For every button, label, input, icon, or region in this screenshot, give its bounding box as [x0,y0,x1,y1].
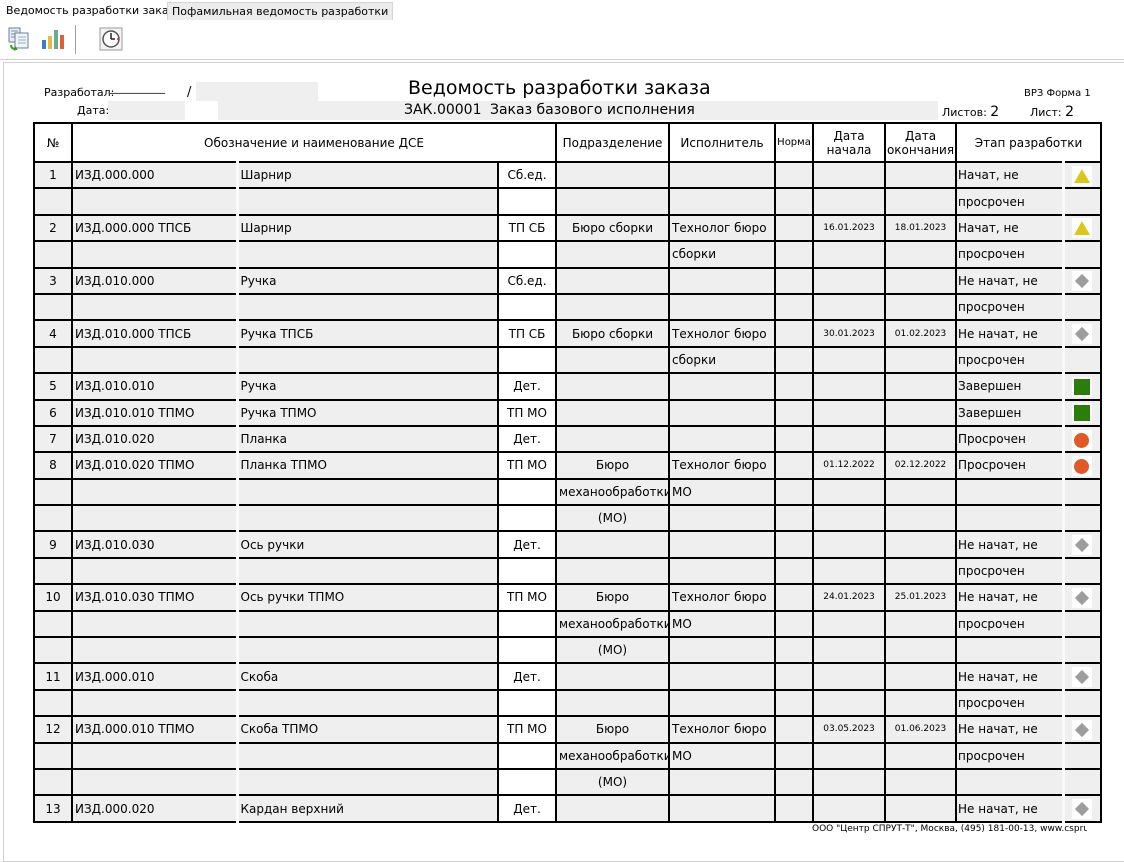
end-date-cell [885,637,956,663]
department-cell: Бюро [556,584,669,610]
department-cell [556,690,669,716]
executor-cell: Технолог бюро [669,452,775,478]
end-date-cell [885,268,956,294]
row-number [34,558,72,584]
not-started-diamond-icon [1072,667,1092,687]
completed-square-icon [1072,403,1092,423]
norm-cell [775,795,813,821]
slash-separator: / [187,85,191,100]
not-started-diamond-icon [1072,588,1092,608]
stage-icon-cell [1063,611,1101,637]
row-number: 7 [34,426,72,452]
not-started-diamond-icon [1072,720,1092,740]
end-date-cell [885,426,956,452]
table-row[interactable]: просрочен [34,294,1101,320]
type-cell [498,294,556,320]
name-cell [237,690,498,716]
not-started-diamond-icon [1072,535,1092,555]
stage-icon-cell [1063,452,1101,478]
designation-cell [72,743,237,769]
department-cell [556,188,669,214]
table-row[interactable]: 3ИЗД.010.000РучкаСб.ед.Не начат, не [34,268,1101,294]
in-progress-triangle-icon [1072,218,1092,238]
designation-cell: ИЗД.000.010 ТПМО [72,716,237,742]
end-date-cell: 02.12.2022 [885,452,956,478]
header-executor: Исполнитель [669,123,775,162]
stage-icon-cell [1063,663,1101,689]
end-date-cell [885,188,956,214]
stage-cell: просрочен [956,241,1063,267]
table-row[interactable]: механообработкиМОпросрочен [34,611,1101,637]
start-date-cell [813,426,885,452]
designation-cell [72,188,237,214]
table-row[interactable]: механообработкиМОпросрочен [34,743,1101,769]
executor-cell [669,268,775,294]
executor-cell: МО [669,479,775,505]
table-body: 1ИЗД.000.000ШарнирСб.ед.Начат, непросроч… [34,162,1101,822]
department-cell: (МО) [556,637,669,663]
header-num: № [34,123,72,162]
table-row[interactable]: (МО) [34,769,1101,795]
copy-report-icon [6,26,32,52]
stage-cell: Начат, не [956,162,1063,188]
table-row[interactable]: просрочен [34,690,1101,716]
developed-by-signature-line: __________ [110,81,165,94]
department-cell [556,268,669,294]
end-date-cell [885,241,956,267]
stage-icon-cell [1063,690,1101,716]
stage-cell [956,479,1063,505]
completed-square-icon [1072,377,1092,397]
toolbar-separator [75,25,76,54]
department-cell: механообработки [556,611,669,637]
designation-cell [72,505,237,531]
stage-icon-cell [1063,188,1101,214]
start-date-cell: 01.12.2022 [813,452,885,478]
stage-icon-cell [1063,426,1101,452]
row-number [34,637,72,663]
start-date-cell [813,479,885,505]
stage-cell [956,505,1063,531]
stage-cell: просрочен [956,294,1063,320]
stage-cell: Не начат, не [956,663,1063,689]
start-date-cell [813,188,885,214]
row-number: 10 [34,584,72,610]
type-cell: ТП МО [498,452,556,478]
table-row[interactable]: 7ИЗД.010.020ПланкаДет.Просрочен [34,426,1101,452]
stage-icon-cell [1063,347,1101,373]
designation-cell [72,637,237,663]
department-cell [556,294,669,320]
order-code: ЗАК.00001 [404,102,481,118]
type-cell: Дет. [498,531,556,557]
department-cell [556,558,669,584]
stage-cell: Не начат, не [956,320,1063,346]
table-row[interactable]: 8ИЗД.010.020 ТПМОПланка ТПМОТП МОБюроТех… [34,452,1101,478]
start-date-cell [813,294,885,320]
stage-cell: Завершен [956,400,1063,426]
stage-cell: Начат, не [956,215,1063,241]
in-progress-triangle-icon [1072,166,1092,186]
norm-cell [775,479,813,505]
row-number: 1 [34,162,72,188]
header-end-date: Дата окончания [885,123,956,162]
table-row[interactable]: (МО) [34,505,1101,531]
designation-cell [72,690,237,716]
department-cell: Бюро сборки [556,215,669,241]
start-date-cell [813,162,885,188]
end-date-cell [885,294,956,320]
row-number [34,611,72,637]
department-cell [556,531,669,557]
type-cell: Дет. [498,373,556,399]
stage-icon-cell [1063,320,1101,346]
designation-cell [72,347,237,373]
stage-icon-cell [1063,505,1101,531]
name-cell [237,611,498,637]
end-date-cell [885,795,956,821]
type-cell [498,188,556,214]
designation-cell [72,479,237,505]
designation-cell: ИЗД.000.000 [72,162,237,188]
norm-cell [775,505,813,531]
executor-cell [669,769,775,795]
stage-icon-cell [1063,294,1101,320]
department-cell [556,241,669,267]
sheet-number-label: Лист: 2 [1030,104,1074,120]
name-cell [237,294,498,320]
tab-personal-development-sheet[interactable]: Пофамильная ведомость разработки [167,2,393,20]
table-row[interactable]: 1ИЗД.000.000ШарнирСб.ед.Начат, не [34,162,1101,188]
date-field [108,101,185,120]
executor-cell [669,373,775,399]
start-date-cell [813,795,885,821]
toolbar [0,20,1124,60]
designation-cell [72,241,237,267]
end-date-cell [885,531,956,557]
executor-cell [669,795,775,821]
designation-cell: ИЗД.010.030 [72,531,237,557]
department-cell [556,162,669,188]
type-cell: ТП СБ [498,320,556,346]
form-label: ВРЗ Форма 1 [1024,88,1091,99]
sheets-count-label: Листов: 2 [942,104,999,120]
name-cell: Ось ручки [237,531,498,557]
table-row[interactable]: 6ИЗД.010.010 ТПМОРучка ТПМОТП МОЗавершен [34,400,1101,426]
executor-cell: Технолог бюро [669,716,775,742]
name-cell [237,479,498,505]
norm-cell [775,558,813,584]
executor-cell [669,531,775,557]
stage-cell: просрочен [956,347,1063,373]
norm-cell [775,188,813,214]
start-date-cell [813,373,885,399]
table-row[interactable]: 5ИЗД.010.010РучкаДет.Завершен [34,373,1101,399]
row-number [34,241,72,267]
sheets-label: Листов: [942,106,987,119]
stage-icon-cell [1063,584,1101,610]
type-cell: ТП МО [498,716,556,742]
table-row[interactable]: просрочен [34,188,1101,214]
row-number [34,769,72,795]
start-date-cell: 24.01.2023 [813,584,885,610]
table-row[interactable]: механообработкиМО [34,479,1101,505]
stage-icon-cell [1063,241,1101,267]
department-cell [556,347,669,373]
norm-cell [775,347,813,373]
name-cell [237,769,498,795]
department-cell: механообработки [556,479,669,505]
name-cell: Ось ручки ТПМО [237,584,498,610]
department-cell: Бюро сборки [556,320,669,346]
executor-cell: Технолог бюро [669,584,775,610]
clock-icon [98,26,124,52]
start-date-cell [813,531,885,557]
executor-cell [669,294,775,320]
stage-cell: Не начат, не [956,716,1063,742]
norm-cell [775,241,813,267]
type-cell [498,479,556,505]
copy-report-button[interactable] [6,26,32,52]
name-cell: Ручка ТПМО [237,400,498,426]
developed-by-label: Разработал: [44,86,114,99]
executor-cell: сборки [669,241,775,267]
designation-cell: ИЗД.000.000 ТПСБ [72,215,237,241]
designation-cell [72,558,237,584]
row-number: 3 [34,268,72,294]
norm-cell [775,716,813,742]
name-cell [237,505,498,531]
row-number: 13 [34,795,72,821]
end-date-cell: 01.02.2023 [885,320,956,346]
designation-cell: ИЗД.010.010 ТПМО [72,400,237,426]
executor-cell [669,637,775,663]
end-date-cell [885,347,956,373]
norm-cell [775,320,813,346]
row-number [34,294,72,320]
end-date-cell [885,505,956,531]
end-date-cell [885,373,956,399]
start-date-cell [813,268,885,294]
tab-bar: Ведомость разработки заказа Пофамильная … [0,0,1124,20]
end-date-cell [885,743,956,769]
type-cell [498,505,556,531]
row-number: 5 [34,373,72,399]
type-cell: Дет. [498,426,556,452]
start-date-cell [813,743,885,769]
end-date-cell [885,611,956,637]
name-cell [237,188,498,214]
end-date-cell: 25.01.2023 [885,584,956,610]
type-cell: Сб.ед. [498,268,556,294]
stage-cell: Не начат, не [956,531,1063,557]
table-row[interactable]: 12ИЗД.000.010 ТПМОСкоба ТПМОТП МОБюроТех… [34,716,1101,742]
stage-icon-cell [1063,716,1101,742]
table-row[interactable]: 11ИЗД.000.010СкобаДет.Не начат, не [34,663,1101,689]
start-date-cell [813,637,885,663]
norm-cell [775,162,813,188]
executor-cell [669,690,775,716]
executor-cell [669,400,775,426]
stage-icon-cell [1063,373,1101,399]
start-date-cell: 30.01.2023 [813,320,885,346]
clock-button[interactable] [98,26,124,52]
name-cell [237,241,498,267]
executor-cell [669,663,775,689]
designation-cell: ИЗД.010.000 ТПСБ [72,320,237,346]
start-date-cell [813,558,885,584]
end-date-cell: 01.06.2023 [885,716,956,742]
executor-cell: МО [669,743,775,769]
row-number [34,188,72,214]
type-cell [498,769,556,795]
start-date-cell [813,241,885,267]
designation-cell: ИЗД.000.020 [72,795,237,821]
row-number: 4 [34,320,72,346]
row-number: 2 [34,215,72,241]
developer-name-field [196,82,318,101]
name-cell: Планка [237,426,498,452]
stage-cell: Не начат, не [956,584,1063,610]
name-cell: Кардан верхний [237,795,498,821]
table-row[interactable]: 9ИЗД.010.030Ось ручкиДет.Не начат, не [34,531,1101,557]
row-number [34,505,72,531]
stage-icon-cell [1063,743,1101,769]
start-date-cell [813,505,885,531]
bar-chart-icon [40,26,66,52]
designation-cell: ИЗД.010.000 [72,268,237,294]
order-name: Заказ базового исполнения [490,102,695,118]
end-date-cell [885,663,956,689]
tab-order-development-sheet[interactable]: Ведомость разработки заказа [2,2,185,20]
end-date-cell [885,558,956,584]
stage-icon-cell [1063,268,1101,294]
type-cell [498,347,556,373]
stage-icon-cell [1063,637,1101,663]
department-cell [556,373,669,399]
designation-cell: ИЗД.010.030 ТПМО [72,584,237,610]
department-cell: Бюро [556,716,669,742]
norm-cell [775,611,813,637]
table-row[interactable]: сборкипросрочен [34,347,1101,373]
stage-cell: просрочен [956,611,1063,637]
norm-cell [775,637,813,663]
overdue-circle-icon [1072,456,1092,476]
start-date-cell: 03.05.2023 [813,716,885,742]
stage-icon-cell [1063,400,1101,426]
row-number: 12 [34,716,72,742]
norm-cell [775,690,813,716]
bar-chart-button[interactable] [40,26,66,52]
designation-cell [72,611,237,637]
executor-cell [669,558,775,584]
executor-cell [669,505,775,531]
type-cell [498,637,556,663]
header-start-date: Дата начала [813,123,885,162]
type-cell: ТП СБ [498,215,556,241]
header-department: Подразделение [556,123,669,162]
row-number: 6 [34,400,72,426]
sheets-value: 2 [990,104,999,120]
row-number: 9 [34,531,72,557]
sheet-value: 2 [1065,104,1074,120]
norm-cell [775,215,813,241]
name-cell [237,558,498,584]
stage-icon-cell [1063,531,1101,557]
table-row[interactable]: 2ИЗД.000.000 ТПСБШарнирТП СББюро сборкиТ… [34,215,1101,241]
type-cell: Дет. [498,663,556,689]
norm-cell [775,452,813,478]
row-number [34,347,72,373]
start-date-cell [813,690,885,716]
department-cell: механообработки [556,743,669,769]
table-row[interactable]: 13ИЗД.000.020Кардан верхнийДет.Не начат,… [34,795,1101,821]
stage-icon-cell [1063,558,1101,584]
name-cell: Шарнир [237,215,498,241]
norm-cell [775,663,813,689]
stage-cell [956,637,1063,663]
sheet-label: Лист: [1030,106,1062,119]
stage-cell: Не начат, не [956,268,1063,294]
report-title: Ведомость разработки заказа [408,77,711,99]
end-date-cell [885,162,956,188]
norm-cell [775,373,813,399]
stage-cell: Не начат, не [956,795,1063,821]
name-cell: Ручка [237,268,498,294]
development-table: № Обозначение и наименование ДСЕ Подразд… [33,122,1102,823]
name-cell [237,743,498,769]
row-number: 8 [34,452,72,478]
table-row[interactable]: (МО) [34,637,1101,663]
executor-cell: МО [669,611,775,637]
start-date-cell [813,769,885,795]
stage-cell: просрочен [956,690,1063,716]
name-cell: Планка ТПМО [237,452,498,478]
department-cell [556,426,669,452]
stage-icon-cell [1063,769,1101,795]
norm-cell [775,584,813,610]
start-date-cell [813,347,885,373]
department-cell [556,795,669,821]
stage-icon-cell [1063,162,1101,188]
end-date-cell [885,400,956,426]
start-date-cell [813,663,885,689]
table-row[interactable]: сборкипросрочен [34,241,1101,267]
name-cell: Скоба ТПМО [237,716,498,742]
stage-cell: Завершен [956,373,1063,399]
type-cell [498,241,556,267]
row-number [34,479,72,505]
designation-cell: ИЗД.000.010 [72,663,237,689]
executor-cell: Технолог бюро [669,320,775,346]
stage-cell: просрочен [956,743,1063,769]
executor-cell [669,426,775,452]
type-cell [498,690,556,716]
table-row[interactable]: просрочен [34,558,1101,584]
norm-cell [775,426,813,452]
row-number [34,690,72,716]
stage-icon-cell [1063,479,1101,505]
table-row[interactable]: 4ИЗД.010.000 ТПСБРучка ТПСБТП СББюро сбо… [34,320,1101,346]
type-cell [498,743,556,769]
row-number: 11 [34,663,72,689]
department-cell: Бюро [556,452,669,478]
table-row[interactable]: 10ИЗД.010.030 ТПМООсь ручки ТПМОТП МОБюр… [34,584,1101,610]
name-cell [237,637,498,663]
header-stage: Этап разработки [956,123,1101,162]
date-label: Дата: [77,104,109,117]
stage-cell: Просрочен [956,426,1063,452]
